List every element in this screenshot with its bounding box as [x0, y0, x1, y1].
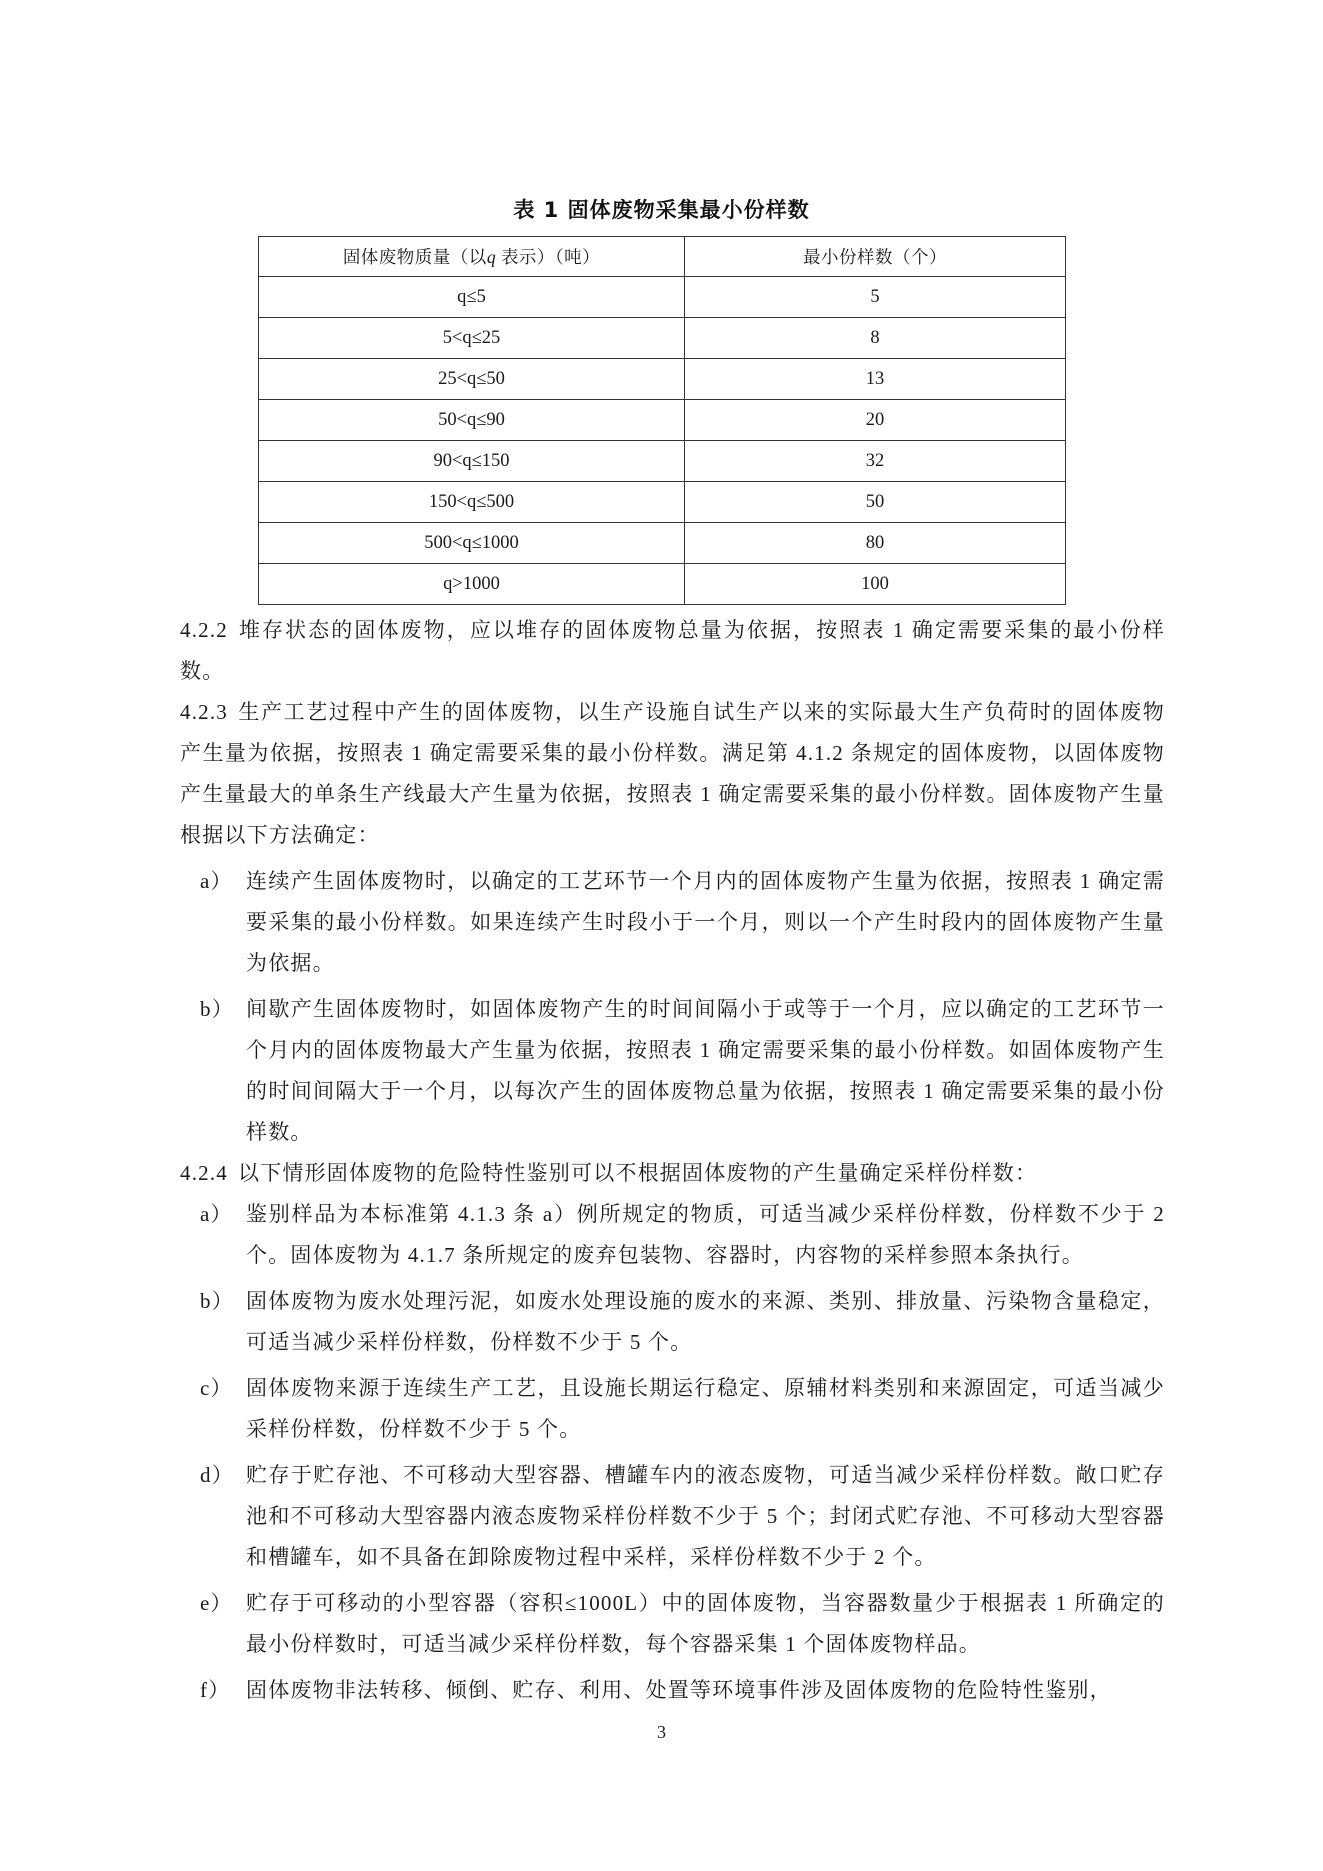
cell-min-samples: 100 — [685, 564, 1066, 605]
cell-min-samples: 8 — [685, 318, 1066, 359]
list-item-a: a）鉴别样品为本标准第 4.1.3 条 a）例所规定的物质，可适当减少采样份样数… — [180, 1194, 1165, 1276]
list-item-b: b）间歇产生固体废物时，如固体废物产生的时间间隔小于或等于一个月，应以确定的工艺… — [180, 989, 1165, 1153]
table-row: 5<q≤25 8 — [259, 318, 1066, 359]
cell-range: q≤5 — [259, 277, 685, 318]
list-marker: a） — [200, 861, 233, 902]
section-4-2-3: 4.2.3生产工艺过程中产生的固体废物，以生产设施自试生产以来的实际最大生产负荷… — [180, 692, 1165, 856]
section-4-2-4: 4.2.4以下情形固体废物的危险特性鉴别可以不根据固体废物的产生量确定采样份样数… — [180, 1153, 1165, 1194]
body-content: 4.2.2堆存状态的固体废物，应以堆存的固体废物总量为依据，按照表 1 确定需要… — [180, 610, 1165, 1711]
list-text: 固体废物来源于连续生产工艺，且设施长期运行稳定、原辅材料类别和来源固定，可适当减… — [246, 1376, 1165, 1441]
section-text: 堆存状态的固体废物，应以堆存的固体废物总量为依据，按照表 1 确定需要采集的最小… — [180, 618, 1165, 683]
list-marker: d） — [200, 1455, 234, 1496]
list-text: 连续产生固体废物时，以确定的工艺环节一个月内的固体废物产生量为依据，按照表 1 … — [246, 869, 1165, 975]
cell-range: 5<q≤25 — [259, 318, 685, 359]
header-min-samples: 最小份样数（个） — [685, 237, 1066, 277]
table-title: 表 1 固体废物采集最小份样数 — [0, 194, 1323, 224]
cell-min-samples: 13 — [685, 359, 1066, 400]
list-item-b: b）固体废物为废水处理污泥，如废水处理设施的废水的来源、类别、排放量、污染物含量… — [180, 1281, 1165, 1363]
list-item-f: f）固体废物非法转移、倾倒、贮存、利用、处置等环境事件涉及固体废物的危险特性鉴别… — [180, 1670, 1165, 1711]
header-mass: 固体废物质量（以q 表示）（吨） — [259, 237, 685, 277]
page-number: 3 — [0, 1722, 1323, 1743]
table-row: q≤5 5 — [259, 277, 1066, 318]
cell-min-samples: 50 — [685, 482, 1066, 523]
list-marker: f） — [200, 1670, 230, 1711]
cell-range: 25<q≤50 — [259, 359, 685, 400]
list-marker: a） — [200, 1194, 233, 1235]
cell-min-samples: 32 — [685, 441, 1066, 482]
cell-range: 90<q≤150 — [259, 441, 685, 482]
cell-min-samples: 20 — [685, 400, 1066, 441]
list-marker: c） — [200, 1368, 233, 1409]
document-page: 表 1 固体废物采集最小份样数 固体废物质量（以q 表示）（吨） 最小份样数（个… — [0, 0, 1323, 1871]
section-number: 4.2.4 — [180, 1161, 228, 1185]
list-item-e: e）贮存于可移动的小型容器（容积≤1000L）中的固体废物，当容器数量少于根据表… — [180, 1583, 1165, 1665]
list-text: 鉴别样品为本标准第 4.1.3 条 a）例所规定的物质，可适当减少采样份样数，份… — [246, 1202, 1165, 1267]
cell-min-samples: 5 — [685, 277, 1066, 318]
list-text: 贮存于可移动的小型容器（容积≤1000L）中的固体废物，当容器数量少于根据表 1… — [246, 1591, 1165, 1656]
section-number: 4.2.2 — [180, 618, 228, 642]
list-marker: b） — [200, 1281, 234, 1322]
section-4-2-2: 4.2.2堆存状态的固体废物，应以堆存的固体废物总量为依据，按照表 1 确定需要… — [180, 610, 1165, 692]
min-sample-table: 固体废物质量（以q 表示）（吨） 最小份样数（个） q≤5 5 5<q≤25 8… — [258, 236, 1066, 605]
table-header-row: 固体废物质量（以q 表示）（吨） 最小份样数（个） — [259, 237, 1066, 277]
list-item-a: a）连续产生固体废物时，以确定的工艺环节一个月内的固体废物产生量为依据，按照表 … — [180, 861, 1165, 984]
list-text: 固体废物非法转移、倾倒、贮存、利用、处置等环境事件涉及固体废物的危险特性鉴别， — [246, 1678, 1112, 1702]
q-variable: q — [487, 247, 496, 267]
cell-range: 500<q≤1000 — [259, 523, 685, 564]
cell-min-samples: 80 — [685, 523, 1066, 564]
list-marker: e） — [200, 1583, 233, 1624]
table-row: 500<q≤1000 80 — [259, 523, 1066, 564]
cell-range: 50<q≤90 — [259, 400, 685, 441]
list-text: 间歇产生固体废物时，如固体废物产生的时间间隔小于或等于一个月，应以确定的工艺环节… — [246, 997, 1165, 1144]
table-row: 90<q≤150 32 — [259, 441, 1066, 482]
section-text: 以下情形固体废物的危险特性鉴别可以不根据固体废物的产生量确定采样份样数： — [238, 1161, 1037, 1185]
list-item-c: c）固体废物来源于连续生产工艺，且设施长期运行稳定、原辅材料类别和来源固定，可适… — [180, 1368, 1165, 1450]
cell-range: 150<q≤500 — [259, 482, 685, 523]
table-row: 25<q≤50 13 — [259, 359, 1066, 400]
table-row: 150<q≤500 50 — [259, 482, 1066, 523]
list-text: 贮存于贮存池、不可移动大型容器、槽罐车内的液态废物，可适当减少采样份样数。敞口贮… — [246, 1463, 1165, 1569]
section-number: 4.2.3 — [180, 700, 228, 724]
cell-range: q>1000 — [259, 564, 685, 605]
list-text: 固体废物为废水处理污泥，如废水处理设施的废水的来源、类别、排放量、污染物含量稳定… — [246, 1289, 1165, 1354]
list-marker: b） — [200, 989, 234, 1030]
list-item-d: d）贮存于贮存池、不可移动大型容器、槽罐车内的液态废物，可适当减少采样份样数。敞… — [180, 1455, 1165, 1578]
section-text: 生产工艺过程中产生的固体废物，以生产设施自试生产以来的实际最大生产负荷时的固体废… — [180, 700, 1165, 847]
table-row: q>1000 100 — [259, 564, 1066, 605]
table-row: 50<q≤90 20 — [259, 400, 1066, 441]
